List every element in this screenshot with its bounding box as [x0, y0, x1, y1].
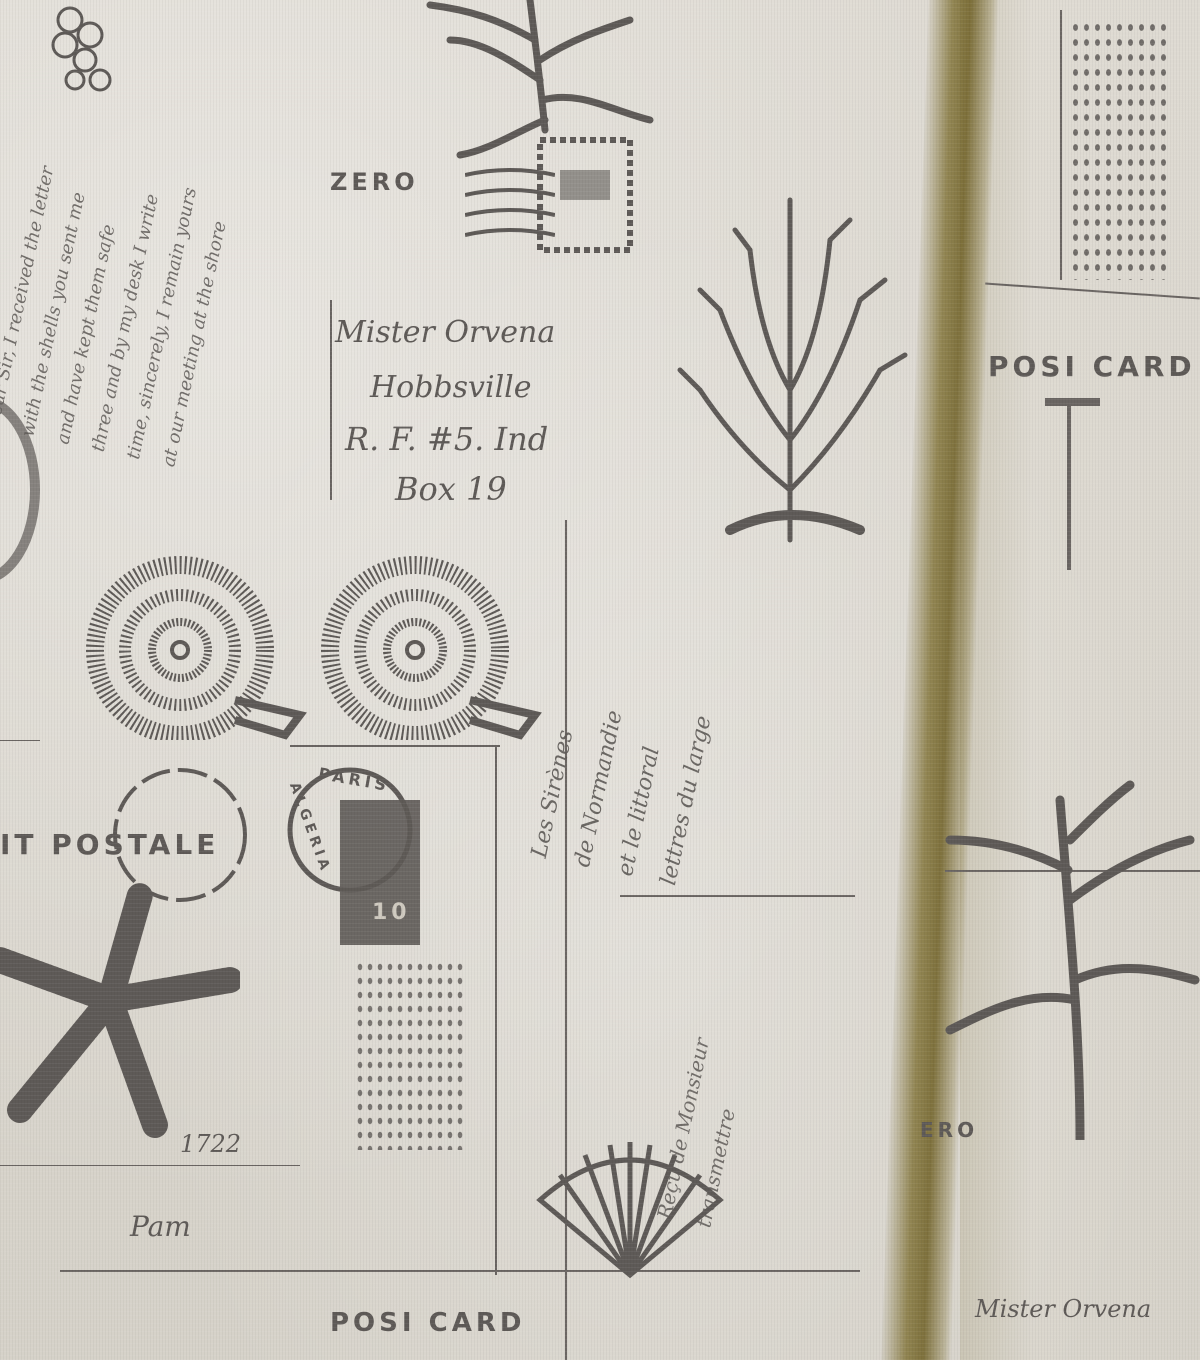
- address-line-1: Mister Orvena: [335, 315, 555, 350]
- grape-shell-icon: [20, 0, 130, 110]
- postcard-border: [60, 1270, 860, 1272]
- sea-fan-coral-tree-icon: [660, 190, 920, 550]
- card-t-bar: [1045, 398, 1100, 406]
- postale-stamp-text: IT POSTALE: [0, 828, 219, 861]
- starfish-icon: [0, 880, 240, 1140]
- post-card-label-right: POSI CARD: [988, 350, 1196, 383]
- address-line-4: Box 19: [395, 470, 507, 508]
- handwritten-note: Les Sirènes de Normandie et le littoral …: [518, 520, 761, 889]
- ammonite-shell-right-icon: [320, 550, 550, 740]
- card-t-stem: [1067, 400, 1071, 570]
- fabric-photo: ZERO Dear Sir, I received the letter wit…: [0, 0, 1200, 1360]
- address-line-3: R. F. #5. Ind: [345, 420, 548, 458]
- postcard-border: [290, 745, 500, 747]
- partial-shell-icon: [0, 390, 50, 590]
- postcard-border: [620, 895, 855, 897]
- postcard-border: [0, 1165, 300, 1166]
- postcard-border: [495, 745, 497, 1275]
- cancellation-lines-icon: [465, 165, 555, 245]
- signature: Pam: [130, 1210, 191, 1243]
- typewriter-text-block: [355, 960, 465, 1150]
- postmark-text: ZERO: [330, 168, 419, 196]
- post-card-label-bottom: POSI CARD: [330, 1308, 525, 1338]
- stamp-value: 10: [372, 900, 411, 925]
- seaweed-sprig-right-icon: [940, 780, 1200, 1140]
- postmark-text-right: ERO: [920, 1118, 978, 1142]
- postcard-border-right: [1060, 10, 1062, 280]
- address-line-1-repeat: Mister Orvena: [975, 1295, 1151, 1323]
- date-fragment: 1722: [180, 1130, 241, 1158]
- typewriter-text-block-right: [1070, 20, 1170, 280]
- postcard-border: [0, 740, 40, 741]
- address-line-2: Hobbsville: [370, 370, 532, 405]
- ammonite-shell-left-icon: [85, 550, 315, 740]
- scallop-shell-icon: [530, 1130, 730, 1280]
